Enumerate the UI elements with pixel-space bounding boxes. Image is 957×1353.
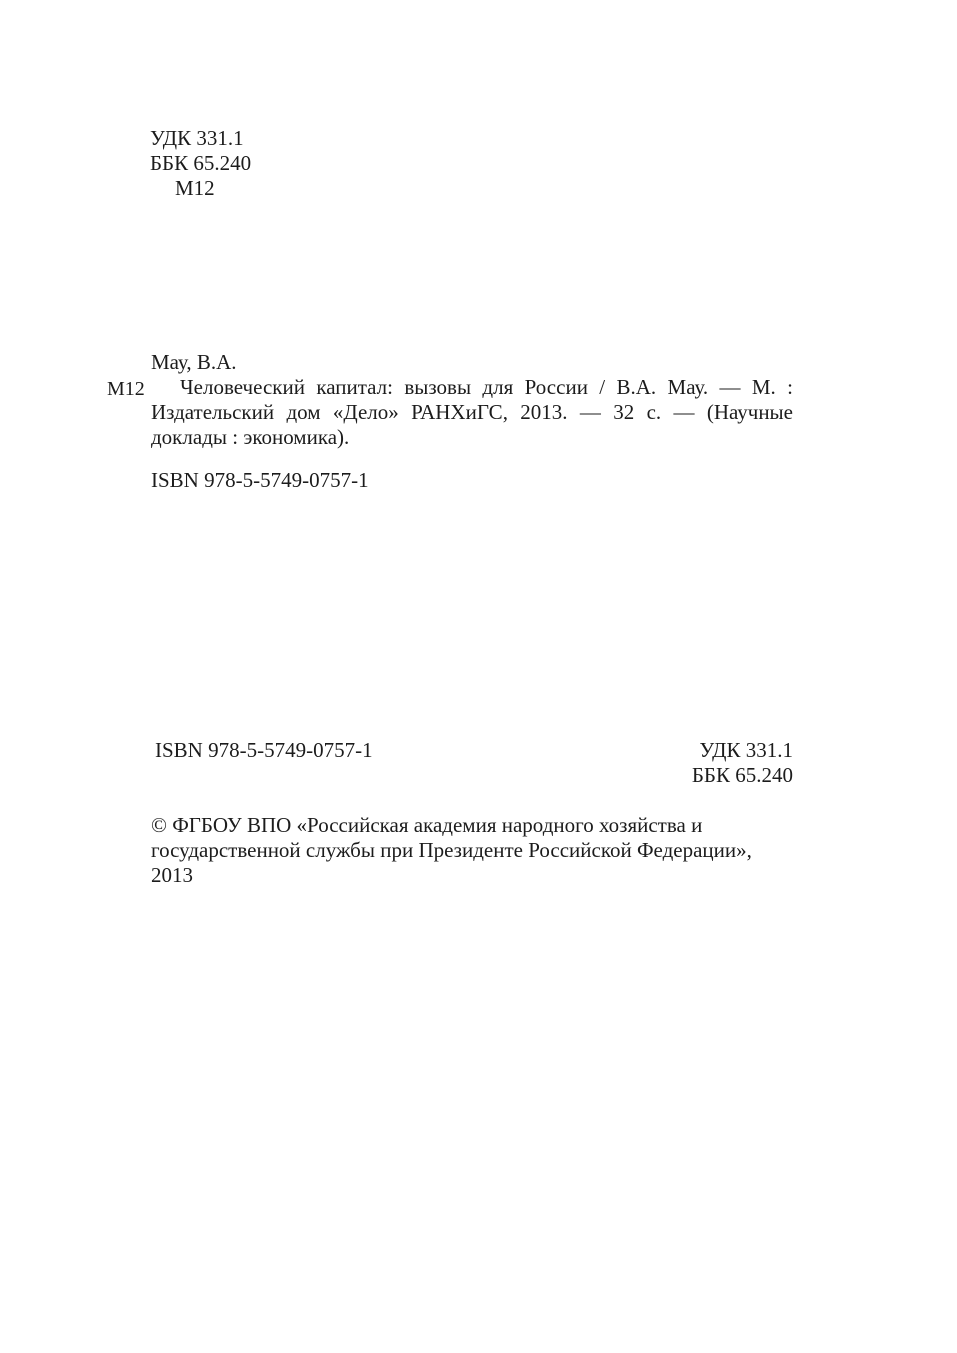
card-description-line: Человеческий капитал: вызовы для России … xyxy=(151,375,793,400)
bbk-code-top: ББК 65.240 xyxy=(150,151,251,176)
author-mark-top: М12 xyxy=(150,176,251,201)
copyright-line: государственной службы при Президенте Ро… xyxy=(151,838,811,863)
card-description-line: доклады : экономика). xyxy=(151,425,793,450)
isbn-bottom: ISBN 978-5-5749-0757-1 xyxy=(155,738,373,763)
bbk-code-bottom: ББК 65.240 xyxy=(692,763,793,788)
book-imprint-page: УДК 331.1 ББК 65.240 М12 М12 Мау, В.А. Ч… xyxy=(0,0,957,1353)
copyright-line: 2013 xyxy=(151,863,811,888)
copyright-notice: © ФГБОУ ВПО «Российская академия народно… xyxy=(151,813,811,888)
udc-code-top: УДК 331.1 xyxy=(150,126,251,151)
card-description-line: Издательский дом «Дело» РАНХиГС, 2013. —… xyxy=(151,400,793,425)
catalog-card: М12 Мау, В.А. Человеческий капитал: вызо… xyxy=(151,350,793,450)
author-mark-margin: М12 xyxy=(107,377,145,402)
bottom-classification-block: УДК 331.1 ББК 65.240 xyxy=(692,738,793,788)
isbn-statement: ISBN 978-5-5749-0757-1 xyxy=(151,468,369,493)
bottom-imprint-row: ISBN 978-5-5749-0757-1 УДК 331.1 ББК 65.… xyxy=(151,738,793,788)
udc-code-bottom: УДК 331.1 xyxy=(692,738,793,763)
top-classification-block: УДК 331.1 ББК 65.240 М12 xyxy=(150,126,251,201)
card-author-heading: Мау, В.А. xyxy=(151,350,793,375)
copyright-line: © ФГБОУ ВПО «Российская академия народно… xyxy=(151,813,811,838)
